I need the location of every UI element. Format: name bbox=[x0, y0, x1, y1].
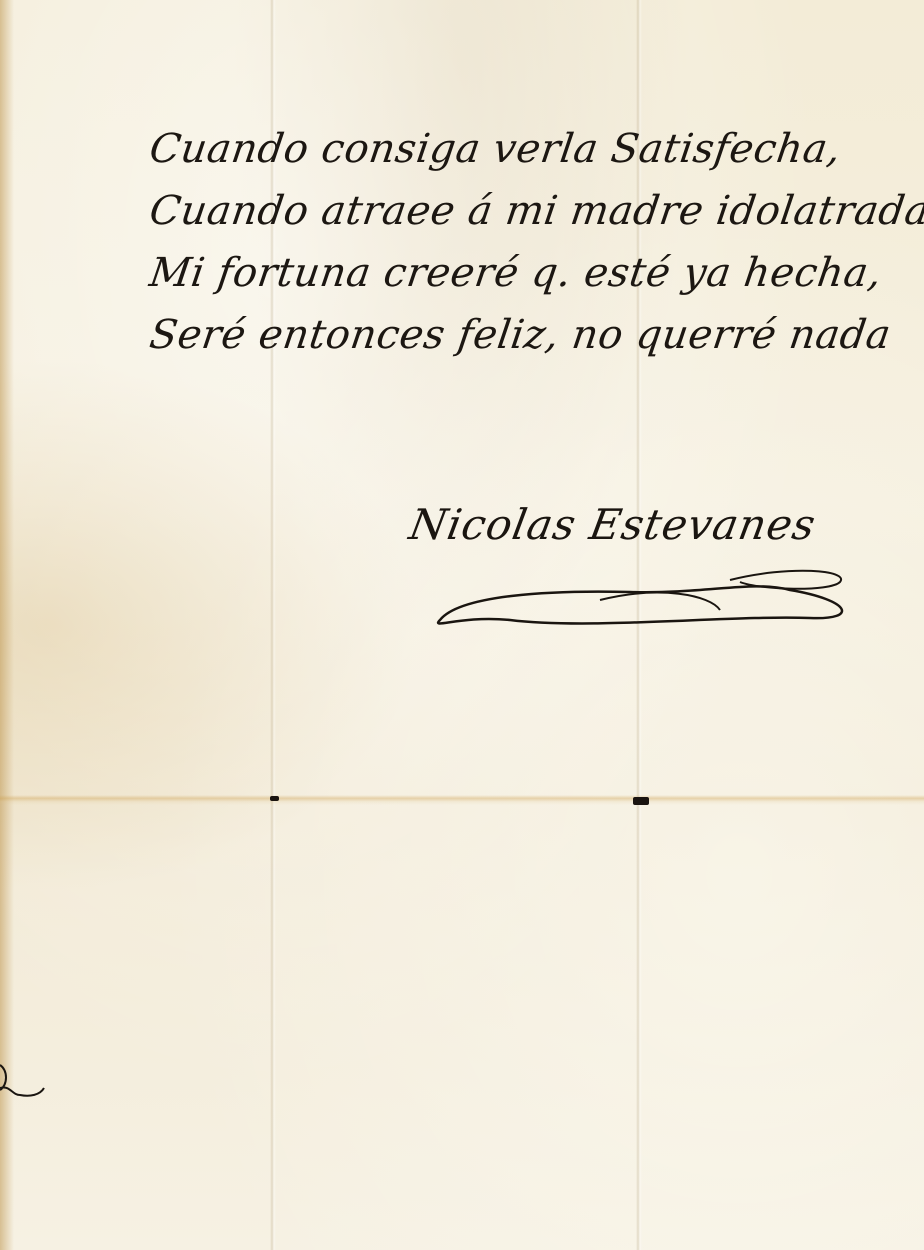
poem-line: Seré entonces feliz, no querré nada bbox=[146, 304, 924, 366]
margin-script-fragment-icon bbox=[0, 1060, 50, 1110]
fold-crease-horizontal bbox=[0, 795, 924, 805]
signature-flourish-icon bbox=[430, 560, 870, 640]
ink-blot bbox=[633, 797, 649, 805]
poem-line: Cuando atraee á mi madre idolatrada, bbox=[146, 180, 924, 242]
signature: Nicolas Estevanes bbox=[406, 500, 820, 549]
poem-stanza: Cuando consiga verla Satisfecha, Cuando … bbox=[150, 118, 920, 366]
poem-line: Cuando consiga verla Satisfecha, bbox=[146, 118, 924, 180]
ink-blot bbox=[270, 796, 279, 801]
poem-line: Mi fortuna creeré q. esté ya hecha, bbox=[146, 242, 924, 304]
letter-page: Cuando consiga verla Satisfecha, Cuando … bbox=[0, 0, 924, 1250]
